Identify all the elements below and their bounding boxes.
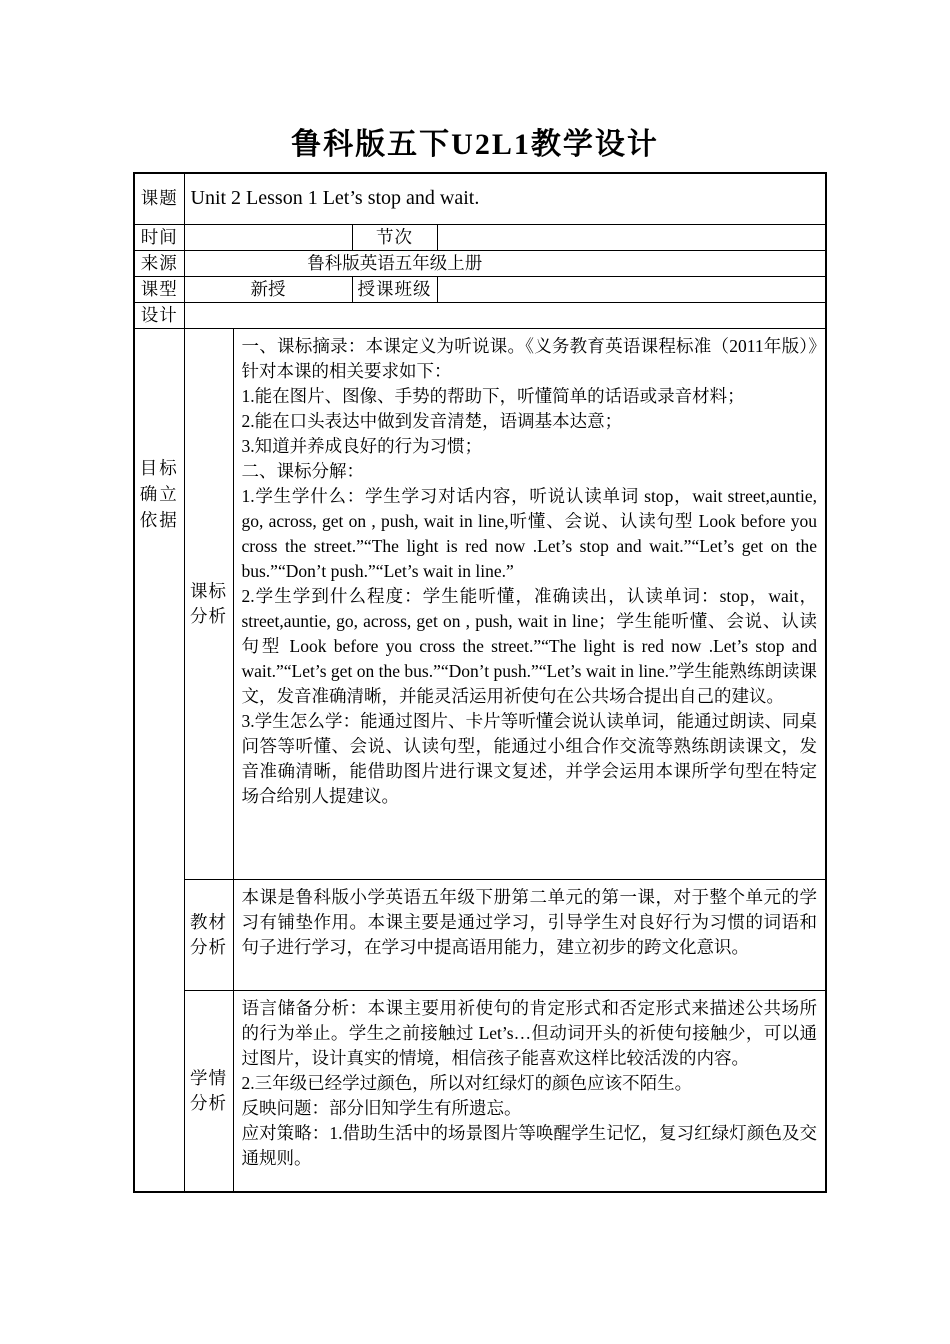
shijian-label-cell: 时间 <box>134 224 184 250</box>
laiyuan-value-cell: 鲁科版英语五年级上册 <box>184 250 826 276</box>
row-shijian: 时间 节次 <box>134 224 826 250</box>
row-xueqing-analysis: 学情 分析 语言储备分析：本课主要用祈使句的肯定形式和否定形式来描述公共场所的行… <box>134 990 826 1192</box>
row-kexing: 课型 新授 授课班级 <box>134 276 826 302</box>
sheji-value-cell <box>184 302 826 328</box>
row-kebiao-analysis: 目标 确立 依据 课标 分析 一、课标摘录：本课定义为听说课。《义务教育英语课程… <box>134 328 826 879</box>
paragraph: 3.学生怎么学：能通过图片、卡片等听懂会说认读单词，能通过朗读、同桌问答等听懂、… <box>242 709 818 809</box>
kexing-value-cell: 新授 <box>184 276 352 302</box>
paragraph: 3.知道并养成良好的行为习惯； <box>242 434 818 459</box>
document-page: 鲁科版五下U2L1教学设计 课题 Unit 2 Lesson 1 Let’s s… <box>0 0 950 1344</box>
jiaocai-analysis-content-cell: 本课是鲁科版小学英语五年级下册第二单元的第一课，对于整个单元的学习有铺垫作用。本… <box>233 879 826 990</box>
laiyuan-label-cell: 来源 <box>134 250 184 276</box>
row-keti: 课题 Unit 2 Lesson 1 Let’s stop and wait. <box>134 173 826 224</box>
keti-value-cell: Unit 2 Lesson 1 Let’s stop and wait. <box>184 173 826 224</box>
paragraph: 语言储备分析：本课主要用祈使句的肯定形式和否定形式来描述公共场所的行为举止。学生… <box>242 996 818 1071</box>
row-sheji: 设计 <box>134 302 826 328</box>
paragraph: 一、课标摘录：本课定义为听说课。《义务教育英语课程标准（2011年版）》针对本课… <box>242 334 818 384</box>
paragraph: 二、课标分解： <box>242 459 818 484</box>
kexing-label-cell: 课型 <box>134 276 184 302</box>
paragraph: 2.三年级已经学过颜色，所以对红绿灯的颜色应该不陌生。 <box>242 1071 818 1096</box>
paragraph: 反映问题：部分旧知学生有所遗忘。 <box>242 1096 818 1121</box>
lesson-design-table: 课题 Unit 2 Lesson 1 Let’s stop and wait. … <box>133 172 827 1193</box>
jieci-value-cell <box>437 224 826 250</box>
paragraph: 本课是鲁科版小学英语五年级下册第二单元的第一课，对于整个单元的学习有铺垫作用。本… <box>242 885 818 960</box>
jieci-label-cell: 节次 <box>352 224 437 250</box>
paragraph: 2.能在口头表达中做到发音清楚，语调基本达意； <box>242 409 818 434</box>
shoukebanji-label-cell: 授课班级 <box>352 276 437 302</box>
kebiao-analysis-label-cell: 课标 分析 <box>184 328 233 879</box>
xueqing-analysis-label-cell: 学情 分析 <box>184 990 233 1192</box>
shoukebanji-value-cell <box>437 276 826 302</box>
page-title: 鲁科版五下U2L1教学设计 <box>0 124 950 166</box>
row-jiaocai-analysis: 教材 分析 本课是鲁科版小学英语五年级下册第二单元的第一课，对于整个单元的学习有… <box>134 879 826 990</box>
goal-basis-label-cell: 目标 确立 依据 <box>134 328 184 1192</box>
kebiao-analysis-content-cell: 一、课标摘录：本课定义为听说课。《义务教育英语课程标准（2011年版）》针对本课… <box>233 328 826 879</box>
jiaocai-analysis-label-cell: 教材 分析 <box>184 879 233 990</box>
paragraph: 2.学生学到什么程度：学生能听懂，准确读出，认读单词：stop，wait，str… <box>242 584 818 709</box>
xueqing-analysis-content-cell: 语言储备分析：本课主要用祈使句的肯定形式和否定形式来描述公共场所的行为举止。学生… <box>233 990 826 1192</box>
shijian-value-cell <box>184 224 352 250</box>
keti-label-cell: 课题 <box>134 173 184 224</box>
paragraph: 1.能在图片、图像、手势的帮助下，听懂简单的话语或录音材料； <box>242 384 818 409</box>
paragraph: 1.学生学什么：学生学习对话内容，听说认读单词 stop，wait street… <box>242 484 818 584</box>
sheji-label-cell: 设计 <box>134 302 184 328</box>
paragraph: 应对策略：1.借助生活中的场景图片等唤醒学生记忆，复习红绿灯颜色及交通规则。 <box>242 1121 818 1171</box>
row-laiyuan: 来源 鲁科版英语五年级上册 <box>134 250 826 276</box>
